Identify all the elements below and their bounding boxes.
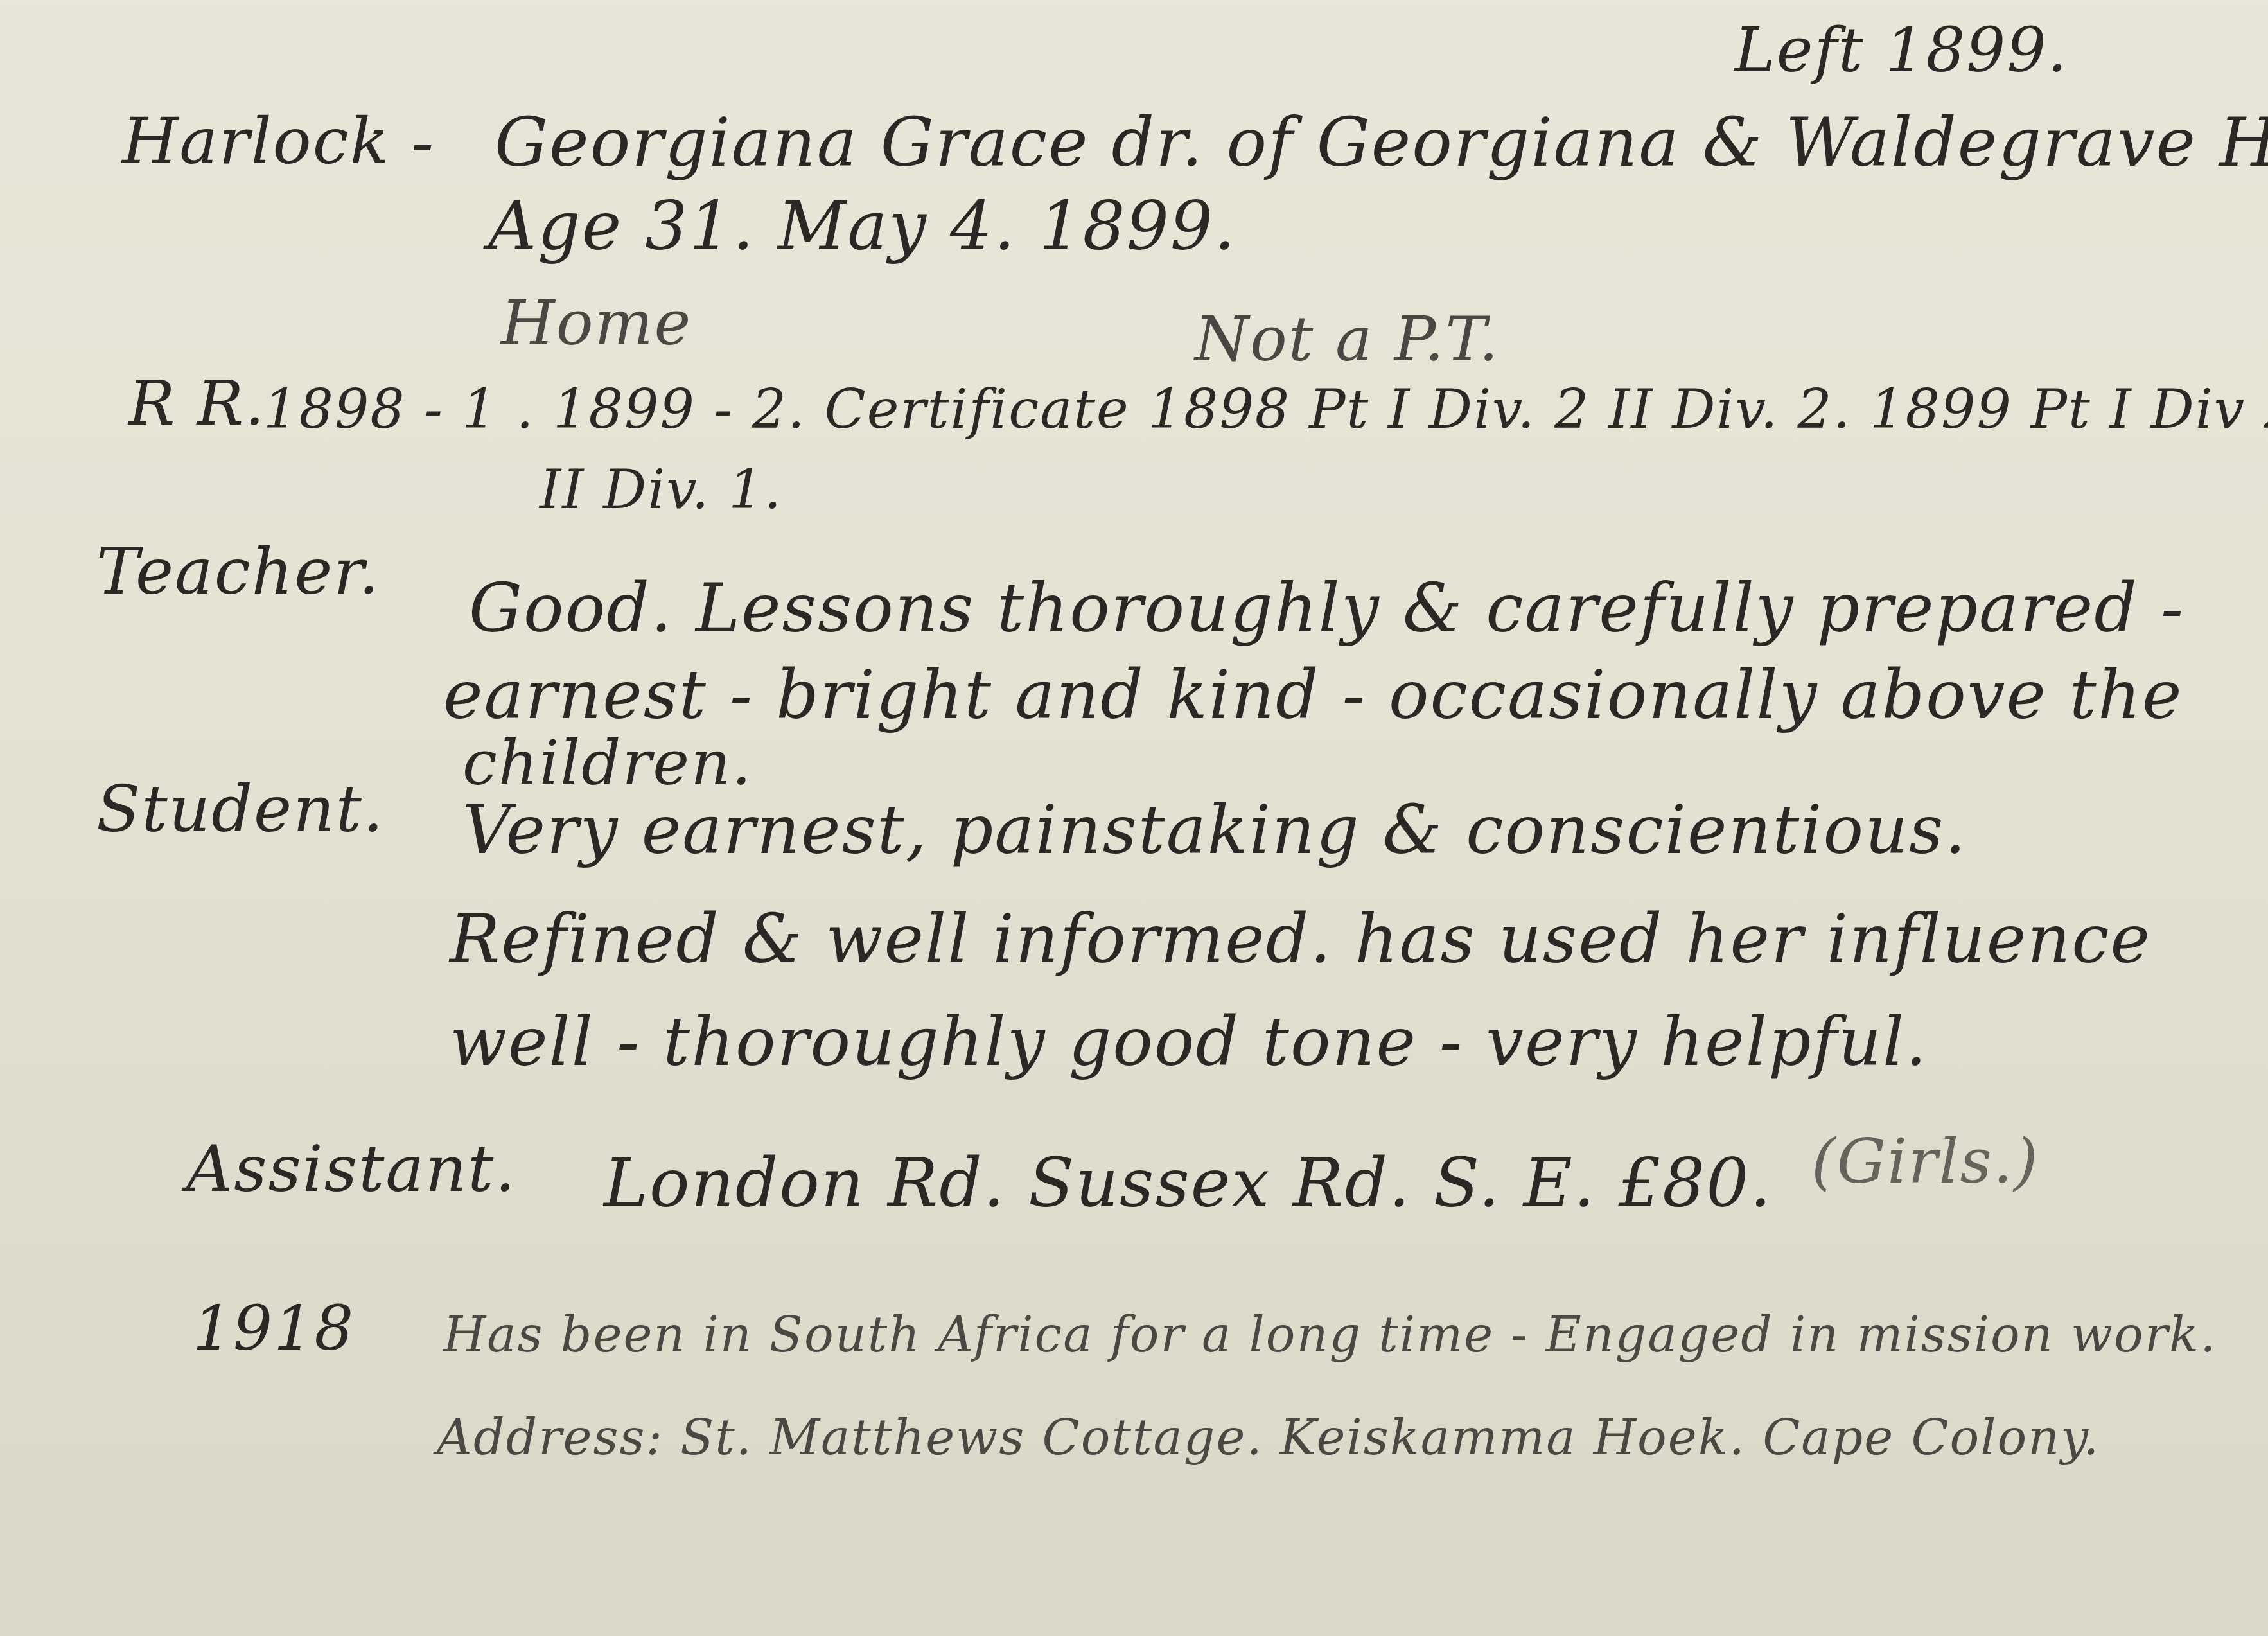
later-note-year: 1918 [193,1297,355,1359]
pupil-teacher-status: Not a P.T. [1195,308,1500,370]
later-note-line-1: Has been in South Africa for a long time… [443,1310,2217,1359]
full-name-line: Georgiana Grace dr. of Georgiana & Walde… [495,109,2268,176]
surname: Harlock [122,109,390,173]
student-remark-line-2: Refined & well informed. has used her in… [450,906,2151,972]
home-status: Home [501,292,692,354]
left-date-note: Left 1899. [1734,19,2068,81]
age-date-line: Age 31. May 4. 1899. [488,193,1236,259]
teacher-remark-line-1: Good. Lessons thoroughly & carefully pre… [469,575,2184,642]
student-label: Student. [96,777,385,841]
register-page: Left 1899. Harlock - Georgiana Grace dr.… [0,0,2268,1636]
surname-dash: - [411,109,435,176]
teacher-remark-line-2: earnest - bright and kind - occasionally… [443,662,2183,728]
appointment-line: London Rd. Sussex Rd. S. E. £80. [604,1150,1772,1217]
results-label: R R. [128,373,266,434]
appointment-note: (Girls.) [1811,1130,2039,1192]
appointment-label: Assistant. [186,1137,516,1201]
student-remark-line-1: Very earnest, painstaking & conscientiou… [462,796,1967,863]
results-line: 1898 - 1 . 1899 - 2. Certificate 1898 Pt… [263,382,2268,436]
teacher-remark-line-3: children. [462,732,753,794]
student-remark-line-3: well - thoroughly good tone - very helpf… [450,1008,1928,1075]
results-continuation: II Div. 1. [540,462,782,516]
later-note-line-2: Address: St. Matthews Cottage. Keiskamma… [437,1413,2100,1462]
teacher-label: Teacher. [96,540,380,604]
